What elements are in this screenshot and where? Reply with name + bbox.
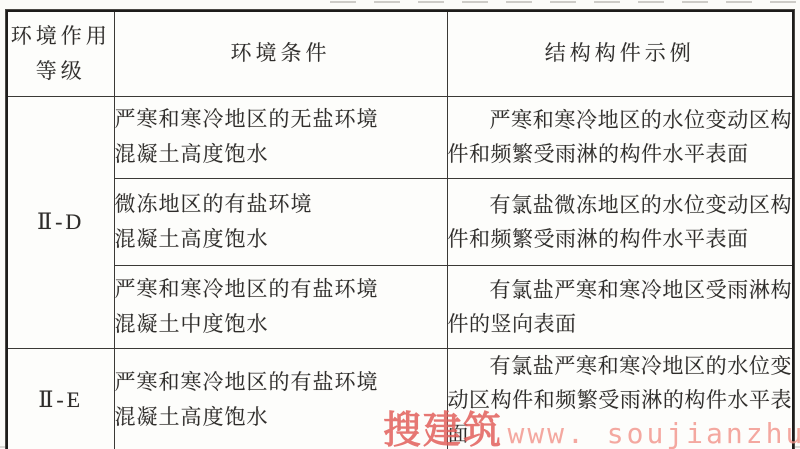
header-level: 环境作用 等级: [7, 11, 114, 96]
header-example: 结构构件示例: [447, 11, 793, 96]
table-row: 微冻地区的有盐环境 混凝土高度饱水 有氯盐微冻地区的水位变动区构件和频繁受雨淋的…: [7, 178, 793, 265]
condition-cell: 严寒和寒冷地区的无盐环境 混凝土高度饱水: [114, 96, 447, 178]
example-cell: 有氯盐微冻地区的水位变动区构件和频繁受雨淋的构件水平表面: [447, 178, 793, 265]
table-row: Ⅱ-D 严寒和寒冷地区的无盐环境 混凝土高度饱水 严寒和寒冷地区的水位变动区构件…: [7, 96, 793, 178]
example-cell: 有氯盐严寒和寒冷地区的水位变动区构件和频繁受雨淋的构件水平表面: [447, 348, 793, 449]
condition-line: 严寒和寒冷地区的有盐环境: [115, 272, 447, 307]
condition-line: 混凝土高度饱水: [115, 137, 447, 172]
table-row: 严寒和寒冷地区的有盐环境 混凝土中度饱水 有氯盐严寒和寒冷地区受雨淋构件的竖向表…: [7, 265, 793, 348]
example-cell: 严寒和寒冷地区的水位变动区构件和频繁受雨淋的构件水平表面: [447, 96, 793, 178]
header-level-line2: 等级: [8, 54, 114, 89]
scan-artifact-top: [330, 1, 800, 3]
condition-line: 混凝土高度饱水: [115, 400, 447, 435]
condition-cell: 微冻地区的有盐环境 混凝土高度饱水: [114, 178, 447, 265]
example-cell: 有氯盐严寒和寒冷地区受雨淋构件的竖向表面: [447, 265, 793, 348]
condition-line: 混凝土高度饱水: [115, 222, 447, 257]
header-row: 环境作用 等级 环境条件 结构构件示例: [7, 11, 793, 96]
table-row: Ⅱ-E 严寒和寒冷地区的有盐环境 混凝土高度饱水 有氯盐严寒和寒冷地区的水位变动…: [7, 348, 793, 449]
condition-cell: 严寒和寒冷地区的有盐环境 混凝土高度饱水: [114, 348, 447, 449]
condition-cell: 严寒和寒冷地区的有盐环境 混凝土中度饱水: [114, 265, 447, 348]
condition-line: 混凝土中度饱水: [115, 307, 447, 342]
example-text: 有氯盐严寒和寒冷地区受雨淋构件的竖向表面: [448, 273, 793, 341]
level-cell-iid: Ⅱ-D: [7, 96, 114, 348]
example-text: 严寒和寒冷地区的水位变动区构件和频繁受雨淋的构件水平表面: [448, 103, 793, 171]
example-text: 有氯盐微冻地区的水位变动区构件和频繁受雨淋的构件水平表面: [448, 188, 793, 256]
condition-line: 严寒和寒冷地区的无盐环境: [115, 102, 447, 137]
header-condition: 环境条件: [114, 11, 447, 96]
condition-line: 严寒和寒冷地区的有盐环境: [115, 365, 447, 400]
environment-grade-table: 环境作用 等级 环境条件 结构构件示例 Ⅱ-D 严寒和寒冷地区的无盐环境 混凝土…: [6, 10, 794, 449]
condition-line: 微冻地区的有盐环境: [115, 187, 447, 222]
header-level-line1: 环境作用: [8, 19, 114, 54]
example-text: 有氯盐严寒和寒冷地区的水位变动区构件和频繁受雨淋的构件水平表面: [448, 349, 793, 449]
level-cell-iie: Ⅱ-E: [7, 348, 114, 449]
